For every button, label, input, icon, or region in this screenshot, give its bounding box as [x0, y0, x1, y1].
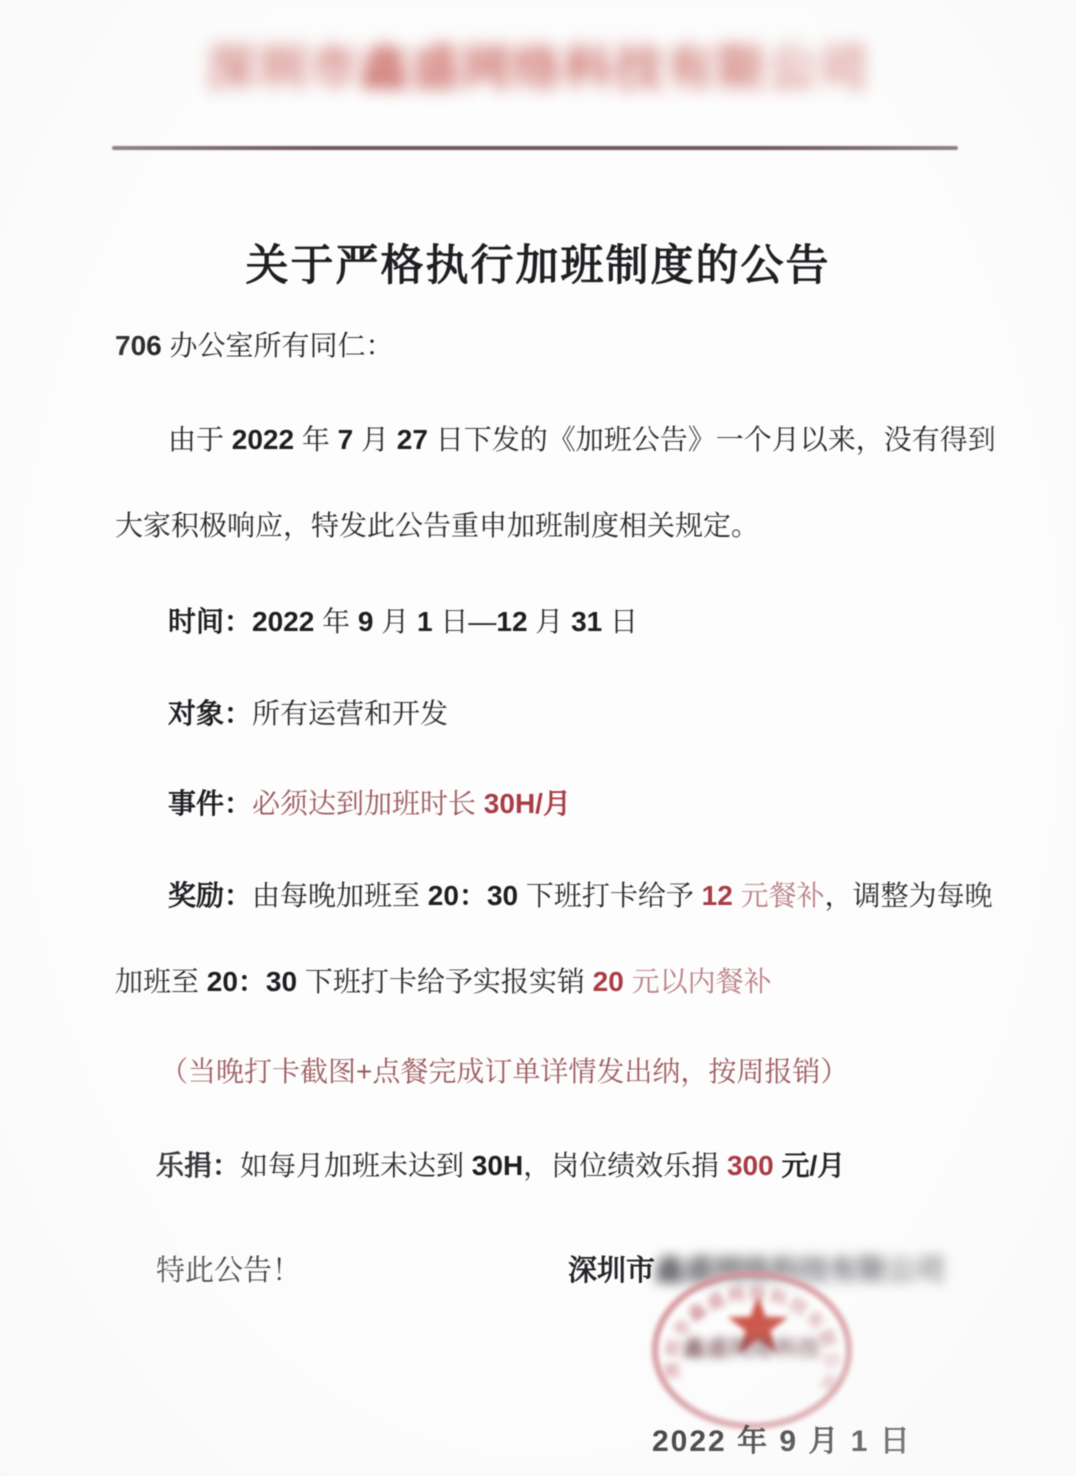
text-run: 300 [727, 1150, 774, 1181]
salutation-line: 706 办公室所有同仁： [115, 328, 394, 364]
text-run: 706 [115, 330, 170, 361]
text-run: 所有运营和开发 [252, 698, 448, 729]
text-run: 时间： [168, 606, 252, 637]
text-run: 2022 [232, 424, 294, 455]
text-run: 事件： [168, 788, 252, 819]
target-line: 对象：所有运营和开发 [168, 696, 448, 732]
note-line: （当晚打卡截图+点餐完成订单详情发出纳，按周报销） [160, 1054, 848, 1090]
text-run: 如每月加班未达到 [240, 1150, 472, 1181]
text-run: 大家积极响应，特发此公告重申加班制度相关规定。 [115, 510, 759, 541]
closing-statement: 特此公告！ [156, 1248, 301, 1289]
text-run: 月 [528, 606, 572, 637]
penalty-line: 乐捐：如每月加班未达到 30H，岗位绩效乐捐 300 元/月 [156, 1148, 845, 1184]
reward-line-1: 奖励：由每晚加班至 20：30 下班打卡给予 12 元餐补，调整为每晚 [168, 878, 993, 914]
text-run: 下班打卡给予 [518, 880, 702, 911]
text-run: 30H/月 [484, 788, 571, 819]
text-run: （当晚打卡截图+点餐完成订单详情发出纳，按周报销） [160, 1056, 848, 1087]
text-run: 元餐补 [733, 880, 825, 911]
signer-prefix: 深圳市 [568, 1255, 655, 1287]
document-title: 关于严格执行加班制度的公告 [0, 232, 1076, 293]
text-run: 20 [593, 966, 624, 997]
letterhead-company-name-redacted: 深圳市鑫盛网络科技有限公司 [206, 30, 869, 100]
text-run: 7 [338, 424, 354, 455]
document-date: 2022 年 9 月 1 日 [652, 1416, 912, 1460]
text-run: 27 [397, 424, 428, 455]
seal-ring [655, 1274, 849, 1426]
text-run: 元以内餐补 [624, 966, 772, 997]
text-run: 加班至 [115, 966, 207, 997]
seal-star-icon [728, 1295, 789, 1353]
reward-line-2: 加班至 20：30 下班打卡给予实报实销 20 元以内餐补 [115, 964, 772, 1000]
text-run: 元/月 [774, 1150, 846, 1181]
para1-line1: 由于 2022 年 7 月 27 日下发的《加班公告》一个月以来，没有得到 [168, 422, 996, 458]
svg-text:深圳市鑫盛网络科技有限公司: 深圳市鑫盛网络科技有限公司 [662, 1283, 841, 1396]
time-line: 时间：2022 年 9 月 1 日—12 月 31 日 [168, 604, 638, 640]
text-run: 乐捐： [156, 1150, 240, 1181]
letterhead-divider-line [112, 146, 958, 150]
signature-row: 特此公告！ 深圳市鑫盛网络科技有限公司 [0, 1248, 1076, 1292]
text-run: 12 [496, 606, 527, 637]
text-run: 2022 [252, 606, 314, 637]
text-run: 日— [433, 606, 497, 637]
text-run: 12 [702, 880, 733, 911]
text-run: 9 [358, 606, 374, 637]
text-run: 必须达到加班时长 [252, 788, 484, 819]
text-run: ，岗位绩效乐捐 [523, 1150, 727, 1181]
text-run: 年 [294, 424, 338, 455]
event-line: 事件：必须达到加班时长 30H/月 [168, 786, 571, 822]
text-run: 奖励： [168, 880, 252, 911]
text-run: 由于 [168, 424, 232, 455]
text-run: 月 [373, 606, 417, 637]
text-run: 日 [602, 606, 638, 637]
text-run: 20：30 [207, 966, 297, 997]
seal-arc-text-redacted: 深圳市鑫盛网络科技有限公司 [662, 1283, 841, 1396]
signer-name-redacted: 鑫盛网络科技有限公司 [655, 1255, 945, 1287]
seal-inner-text-redacted: 鑫盛网络科技 [683, 1336, 821, 1361]
text-run: 31 [571, 606, 602, 637]
text-run: 由每晚加班至 [252, 880, 428, 911]
text-run: 30H [472, 1150, 523, 1181]
text-run: ，调整为每晚 [825, 880, 993, 911]
text-run: 年 [314, 606, 358, 637]
text-run: 办公室所有同仁： [170, 330, 394, 361]
text-run: 20：30 [428, 880, 518, 911]
text-run: 下班打卡给予实报实销 [297, 966, 593, 997]
para1-line2: 大家积极响应，特发此公告重申加班制度相关规定。 [115, 508, 759, 544]
text-run: 对象： [168, 698, 252, 729]
text-run: 1 [417, 606, 433, 637]
announcement-document: 深圳市鑫盛网络科技有限公司 关于严格执行加班制度的公告 706 办公室所有同仁：… [0, 0, 1076, 1476]
signer-company-name: 深圳市鑫盛网络科技有限公司 [568, 1248, 945, 1289]
text-run: 日下发的《加班公告》一个月以来，没有得到 [428, 424, 996, 455]
text-run: 月 [353, 424, 397, 455]
